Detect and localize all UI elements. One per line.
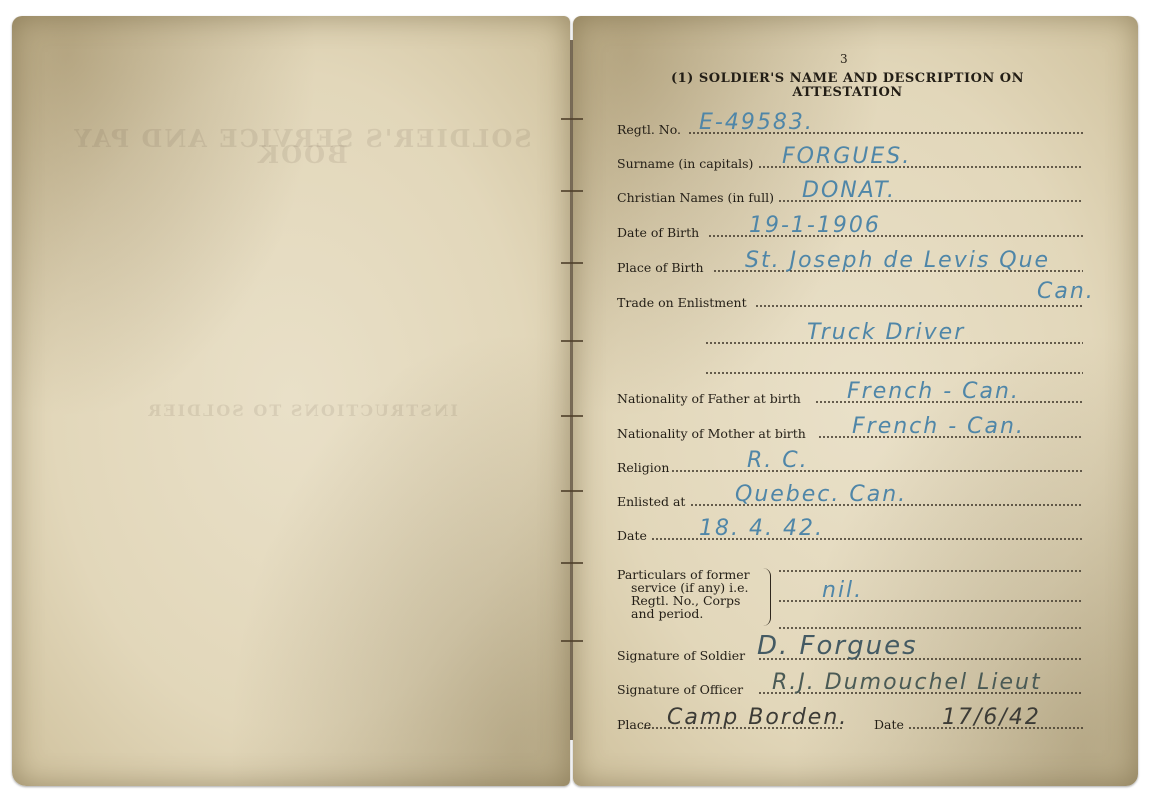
field-place: Place Camp Borden. Date 17/6/42 — [617, 712, 1083, 732]
field-label: Regtl. No. — [617, 122, 681, 137]
handwritten-value: 19-1-1906 — [749, 213, 881, 238]
left-page: SOLDIER'S SERVICE AND PAY BOOK INSTRUCTI… — [12, 16, 570, 786]
field-signature-soldier: Signature of Soldier D. Forgues — [617, 643, 1083, 663]
field-label: Signature of Officer — [617, 682, 743, 697]
handwritten-value: St. Joseph de Levis Que — [745, 248, 1050, 273]
field-label: Surname (in capitals) — [617, 156, 753, 171]
handwritten-value: 18. 4. 42. — [699, 516, 824, 541]
former-service-line-2: nil. — [617, 585, 1083, 605]
handwritten-value: Camp Borden. — [667, 705, 848, 730]
field-enlistment-date: Date 18. 4. 42. — [617, 523, 1083, 543]
bleed-title: SOLDIER'S SERVICE AND PAY BOOK — [72, 131, 532, 163]
handwritten-value: Quebec. Can. — [735, 482, 907, 507]
field-nationality-mother: Nationality of Mother at birth French - … — [617, 421, 1083, 441]
dotted-line — [778, 627, 1083, 629]
handwritten-value: 17/6/42 — [942, 705, 1041, 730]
officer-signature: R.J. Dumouchel Lieut — [772, 670, 1042, 695]
stitch — [561, 490, 583, 492]
field-label: Trade on Enlistment — [617, 295, 747, 310]
page-heading: (1) SOLDIER'S NAME AND DESCRIPTION ON AT… — [640, 72, 1055, 100]
stitch — [561, 262, 583, 264]
field-trade-line-3 — [617, 357, 1083, 377]
field-label: Signature of Soldier — [617, 648, 745, 663]
handwritten-value: R. C. — [747, 448, 809, 473]
field-label: Date — [617, 528, 647, 543]
stitch — [561, 415, 583, 417]
stitch — [561, 340, 583, 342]
stitch — [561, 640, 583, 642]
field-label: Place of Birth — [617, 260, 704, 275]
field-signature-officer: Signature of Officer R.J. Dumouchel Lieu… — [617, 677, 1083, 697]
bleed-through-text: SOLDIER'S SERVICE AND PAY BOOK INSTRUCTI… — [72, 131, 532, 429]
field-label: Christian Names (in full) — [617, 190, 774, 205]
field-place-of-birth: Place of Birth St. Joseph de Levis Que — [617, 255, 1083, 275]
field-trade-line-2: Truck Driver — [617, 327, 1083, 347]
stitch — [561, 118, 583, 120]
field-label: Place — [617, 717, 651, 732]
field-label: Enlisted at — [617, 494, 685, 509]
handwritten-value: FORGUES. — [782, 144, 911, 169]
stitch — [561, 562, 583, 564]
field-religion: Religion R. C. — [617, 455, 1083, 475]
field-enlisted-at: Enlisted at Quebec. Can. — [617, 489, 1083, 509]
page-number: 3 — [840, 52, 848, 66]
field-label: Nationality of Father at birth — [617, 391, 801, 406]
dotted-line — [705, 372, 1083, 374]
handwritten-value: E-49583. — [699, 110, 814, 135]
stitch — [561, 190, 583, 192]
dotted-line — [755, 305, 1083, 307]
field-label: Religion — [617, 460, 669, 475]
handwritten-value: DONAT. — [802, 178, 896, 203]
handwritten-value: Truck Driver — [807, 320, 965, 345]
field-christian-names: Christian Names (in full) DONAT. — [617, 185, 1083, 205]
bleed-section: INSTRUCTIONS TO SOLDIER — [72, 403, 532, 419]
field-label: Date of Birth — [617, 225, 699, 240]
field-surname: Surname (in capitals) FORGUES. — [617, 151, 1083, 171]
dotted-line — [671, 470, 1083, 472]
handwritten-value: French - Can. — [852, 414, 1025, 439]
field-date-of-birth: Date of Birth 19-1-1906 — [617, 220, 1083, 240]
dotted-line — [778, 570, 1083, 572]
field-label: Date — [874, 717, 904, 732]
handwritten-value: French - Can. — [847, 379, 1020, 404]
field-trade: Trade on Enlistment Can. — [617, 290, 1083, 310]
former-service-line-1 — [617, 555, 1083, 575]
handwritten-value: nil. — [822, 578, 863, 603]
former-service-line-3 — [617, 612, 1083, 632]
soldier-signature: D. Forgues — [757, 631, 918, 661]
book-spine — [570, 40, 573, 740]
field-regtl-no: Regtl. No. E-49583. — [617, 117, 1083, 137]
field-nationality-father: Nationality of Father at birth French - … — [617, 386, 1083, 406]
field-label: Nationality of Mother at birth — [617, 426, 806, 441]
handwritten-value-continued: Can. — [1037, 279, 1095, 304]
